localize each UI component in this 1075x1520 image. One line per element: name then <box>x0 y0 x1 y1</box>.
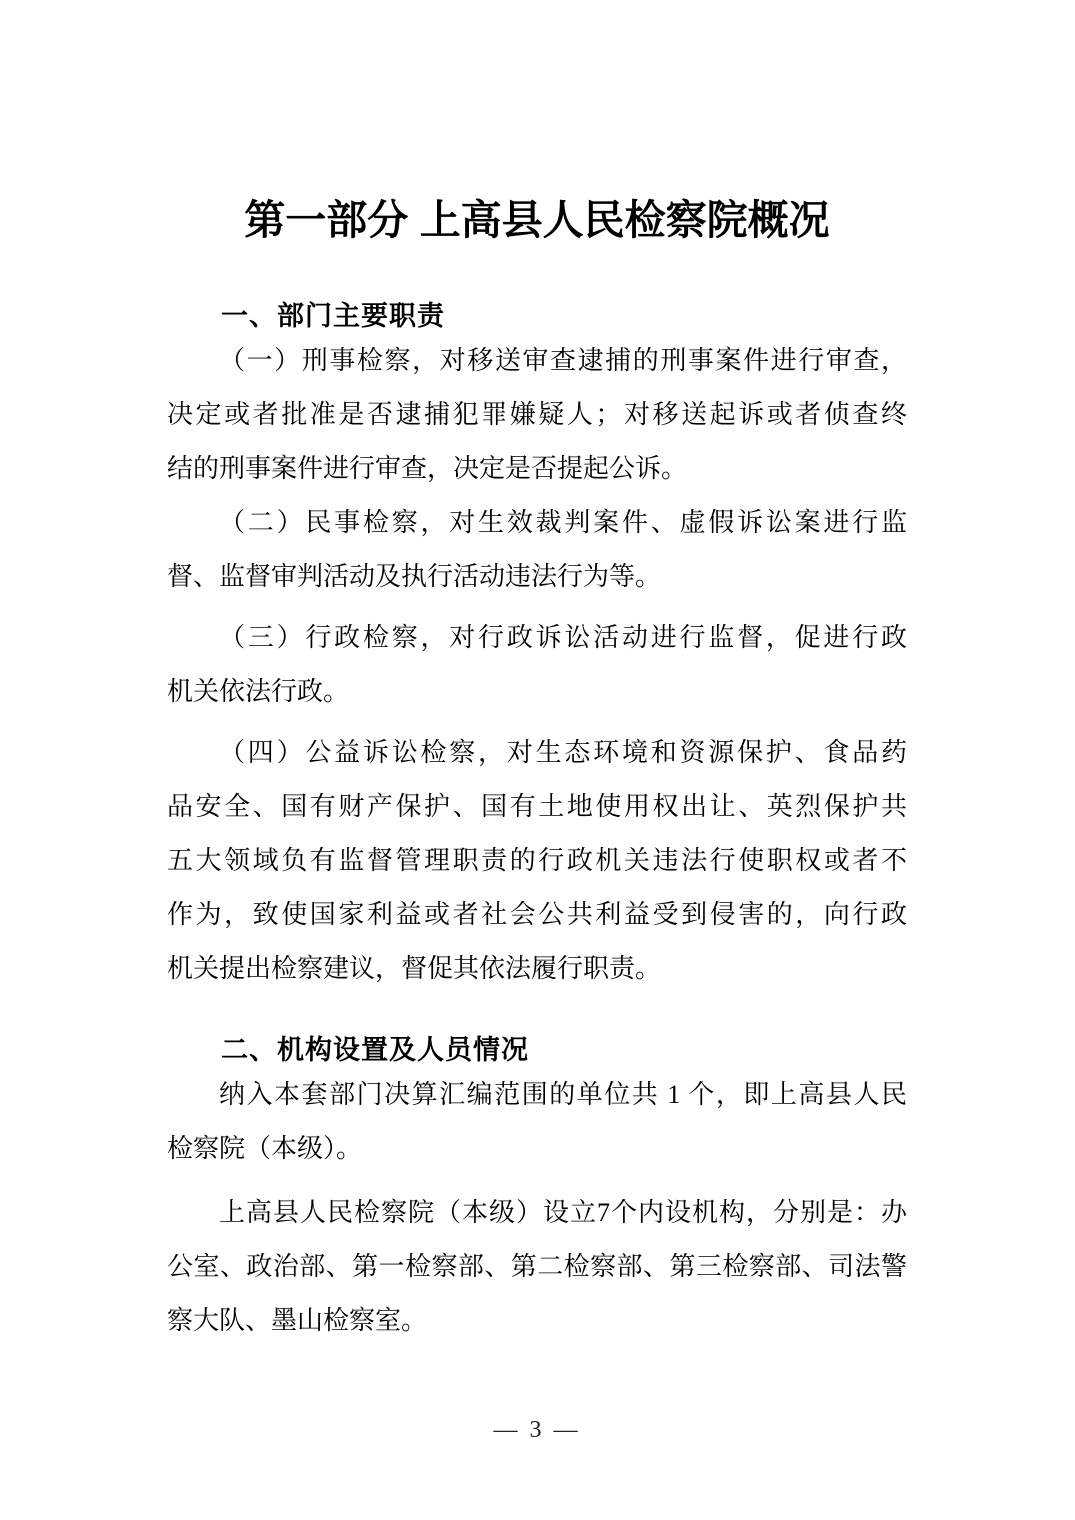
text-line: 纳入本套部门决算汇编范围的单位共 1 个，即上高县人民 <box>167 1068 907 1122</box>
document-content: 第一部分 上高县人民检察院概况 一、部门主要职责 （一）刑事检察，对移送审查逮捕… <box>167 195 907 1445</box>
document-page: 第一部分 上高县人民检察院概况 一、部门主要职责 （一）刑事检察，对移送审查逮捕… <box>0 0 1075 1520</box>
paragraph-civil-procuratorial: （二）民事检察，对生效裁判案件、虚假诉讼案进行监 督、监督审判活动及执行活动违法… <box>167 496 907 604</box>
text-line: 结的刑事案件进行审查，决定是否提起公诉。 <box>167 442 907 496</box>
section-2-heading: 二、机构设置及人员情况 <box>167 1032 907 1068</box>
text-line: 决定或者批准是否逮捕犯罪嫌疑人；对移送起诉或者侦查终 <box>167 388 907 442</box>
text-line: 检察院（本级）。 <box>167 1122 907 1176</box>
text-line: 机关提出检察建议，督促其依法履行职责。 <box>167 942 907 996</box>
paragraph-unit-scope: 纳入本套部门决算汇编范围的单位共 1 个，即上高县人民 检察院（本级）。 <box>167 1068 907 1176</box>
paragraph-administrative-procuratorial: （三）行政检察，对行政诉讼活动进行监督，促进行政 机关依法行政。 <box>167 611 907 719</box>
text-line: 品安全、国有财产保护、国有土地使用权出让、英烈保护共 <box>167 780 907 834</box>
page-number: — 3 — <box>167 1415 907 1445</box>
section-1-heading: 一、部门主要职责 <box>167 298 907 334</box>
page-title: 第一部分 上高县人民检察院概况 <box>167 195 907 245</box>
text-line: 察大队、墨山检察室。 <box>167 1294 907 1348</box>
paragraph-public-interest-litigation: （四）公益诉讼检察，对生态环境和资源保护、食品药 品安全、国有财产保护、国有土地… <box>167 726 907 996</box>
text-line: 上高县人民检察院（本级）设立7个内设机构，分别是：办 <box>167 1186 907 1240</box>
text-line: （三）行政检察，对行政诉讼活动进行监督，促进行政 <box>167 611 907 665</box>
paragraph-criminal-procuratorial: （一）刑事检察，对移送审查逮捕的刑事案件进行审查， 决定或者批准是否逮捕犯罪嫌疑… <box>167 334 907 496</box>
text-line: 督、监督审判活动及执行活动违法行为等。 <box>167 550 907 604</box>
paragraph-internal-organs: 上高县人民检察院（本级）设立7个内设机构，分别是：办 公室、政治部、第一检察部、… <box>167 1186 907 1348</box>
text-line: 作为，致使国家利益或者社会公共利益受到侵害的，向行政 <box>167 888 907 942</box>
text-line: （二）民事检察，对生效裁判案件、虚假诉讼案进行监 <box>167 496 907 550</box>
text-line: 机关依法行政。 <box>167 665 907 719</box>
text-line: 五大领域负有监督管理职责的行政机关违法行使职权或者不 <box>167 834 907 888</box>
text-line: 公室、政治部、第一检察部、第二检察部、第三检察部、司法警 <box>167 1240 907 1294</box>
text-line: （四）公益诉讼检察，对生态环境和资源保护、食品药 <box>167 726 907 780</box>
text-line: （一）刑事检察，对移送审查逮捕的刑事案件进行审查， <box>167 334 907 388</box>
